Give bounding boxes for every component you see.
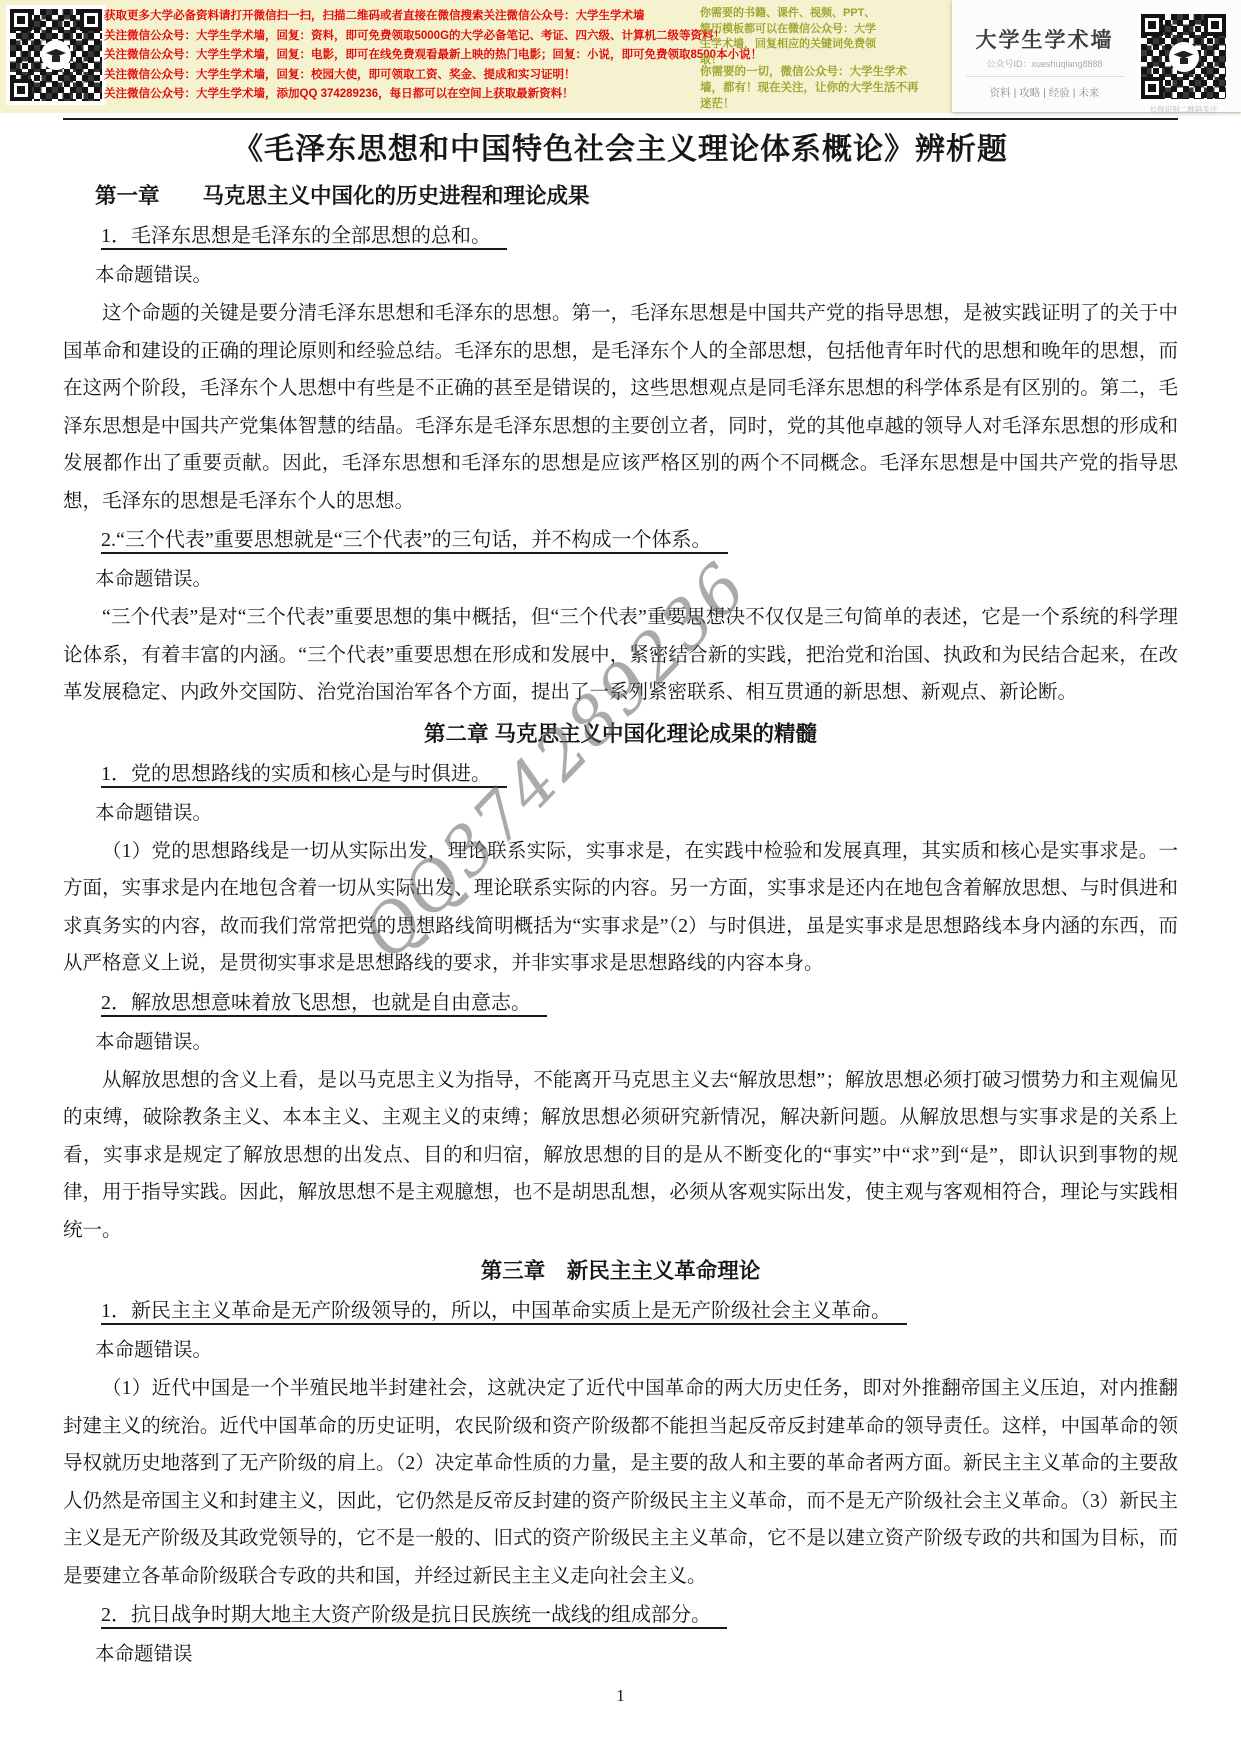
question: 2．抗日战争时期大地主大资产阶级是抗日民族统一战线的组成部分。 xyxy=(101,1595,1178,1636)
green-note-bottom: 你需要的一切，微信公众号：大学生学术墙，都有！现在关注，让你的大学生活不再迷茫！ xyxy=(700,64,928,112)
analysis-paragraph: 这个命题的关键是要分清毛泽东思想和毛泽东的思想。第一，毛泽东思想是中国共产党的指… xyxy=(63,295,1178,520)
verdict: 本命题错误。 xyxy=(63,1024,1178,1062)
page-number: 1 xyxy=(0,1686,1241,1706)
question-text: 1．新民主主义革命是无产阶级领导的，所以，中国革命实质上是无产阶级社会主义革命。 xyxy=(101,1300,907,1325)
qr-position-marker xyxy=(10,79,32,101)
qr-position-marker xyxy=(10,9,32,31)
qr-position-marker xyxy=(80,9,102,31)
question-text: 1．毛泽东思想是毛泽东的全部思想的总和。 xyxy=(101,225,507,250)
brand-account-id: 公众号ID：xueshuqiang8888 xyxy=(952,57,1137,70)
question-text: 2．解放思想意味着放飞思想，也就是自由意志。 xyxy=(101,992,547,1017)
promo-line: 关注微信公众号：大学生学术墙，回复：资料，即可免费领取5000G的大学必备笔记、… xyxy=(104,27,762,47)
question: 1．新民主主义革命是无产阶级领导的，所以，中国革命实质上是无产阶级社会主义革命。 xyxy=(101,1291,1178,1332)
chapter-1-heading: 第一章 马克思主义中国化的历史进程和理论成果 xyxy=(63,176,1178,216)
analysis-paragraph: “三个代表”是对“三个代表”重要思想的集中概括，但“三个代表”重要思想决不仅仅是… xyxy=(63,599,1178,712)
brand-title: 大学生学术墙 xyxy=(952,24,1137,54)
verdict: 本命题错误。 xyxy=(63,795,1178,833)
qr-pattern xyxy=(1141,14,1226,99)
document-page: 《毛泽东思想和中国特色社会主义理论体系概论》辨析题 第一章 马克思主义中国化的历… xyxy=(0,128,1241,1674)
green-note-top: 你需要的书籍、课件、视频、PPT、简历模板都可以在微信公众号：大学生学术墙，回复… xyxy=(700,6,884,68)
promo-line: 获取更多大学必备资料请打开微信扫一扫，扫描二维码或者直接在微信搜索关注微信公众号… xyxy=(104,7,762,27)
question-text: 2．抗日战争时期大地主大资产阶级是抗日民族统一战线的组成部分。 xyxy=(101,1604,727,1629)
graduation-cap-icon xyxy=(41,40,71,70)
question: 2.“三个代表”重要思想就是“三个代表”的三句话，并不构成一个体系。 xyxy=(101,520,1178,561)
promo-banner: 获取更多大学必备资料请打开微信扫一扫，扫描二维码或者直接在微信搜索关注微信公众号… xyxy=(0,0,1241,113)
promo-line: 关注微信公众号：大学生学术墙，回复：校园大使，即可领取工资、奖金、提成和实习证明… xyxy=(104,66,762,86)
verdict: 本命题错误。 xyxy=(63,561,1178,599)
brand-tags: 资料 | 攻略 | 经验 | 未来 xyxy=(952,85,1137,100)
analysis-paragraph: （1）党的思想路线是一切从实际出发，理论联系实际，实事求是，在实践中检验和发展真… xyxy=(63,833,1178,983)
qr-position-marker xyxy=(1141,14,1163,36)
qr-code-right xyxy=(1137,10,1230,103)
promo-line: 关注微信公众号：大学生学术墙，回复：电影，即可在线免费观看最新上映的热门电影；回… xyxy=(104,46,762,66)
verdict: 本命题错误。 xyxy=(63,1332,1178,1370)
chapter-3-heading: 第三章 新民主主义革命理论 xyxy=(63,1251,1178,1291)
qr-pattern xyxy=(10,9,102,101)
graduation-cap-icon xyxy=(1169,42,1199,72)
promo-lines: 获取更多大学必备资料请打开微信扫一扫，扫描二维码或者直接在微信搜索关注微信公众号… xyxy=(104,7,762,105)
analysis-paragraph: （1）近代中国是一个半殖民地半封建社会，这就决定了近代中国革命的两大历史任务，即… xyxy=(63,1370,1178,1595)
promo-line: 关注微信公众号：大学生学术墙，添加QQ 374289236，每日都可以在空间上获… xyxy=(104,85,762,105)
chapter-2-heading: 第二章 马克思主义中国化理论成果的精髓 xyxy=(63,714,1178,754)
analysis-paragraph: 从解放思想的含义上看，是以马克思主义为指导，不能离开马克思主义去“解放思想”；解… xyxy=(63,1062,1178,1250)
question-text: 1．党的思想路线的实质和核心是与时俱进。 xyxy=(101,763,507,788)
verdict: 本命题错误 xyxy=(63,1636,1178,1674)
qr-position-marker xyxy=(1204,14,1226,36)
question: 1．毛泽东思想是毛泽东的全部思想的总和。 xyxy=(101,216,1178,257)
qr-caption: 长按识别二维码关注 xyxy=(1135,104,1232,115)
doc-title: 《毛泽东思想和中国特色社会主义理论体系概论》辨析题 xyxy=(63,130,1178,170)
verdict: 本命题错误。 xyxy=(63,257,1178,295)
question: 1．党的思想路线的实质和核心是与时俱进。 xyxy=(101,754,1178,795)
question-text: 2.“三个代表”重要思想就是“三个代表”的三句话，并不构成一个体系。 xyxy=(101,529,728,554)
page-divider xyxy=(63,118,1178,120)
qr-code-left xyxy=(6,5,106,105)
question: 2．解放思想意味着放飞思想，也就是自由意志。 xyxy=(101,983,1178,1024)
qr-position-marker xyxy=(1141,77,1163,99)
brand-card: 大学生学术墙 公众号ID：xueshuqiang8888 资料 | 攻略 | 经… xyxy=(952,0,1241,112)
card-divider xyxy=(966,76,1124,77)
